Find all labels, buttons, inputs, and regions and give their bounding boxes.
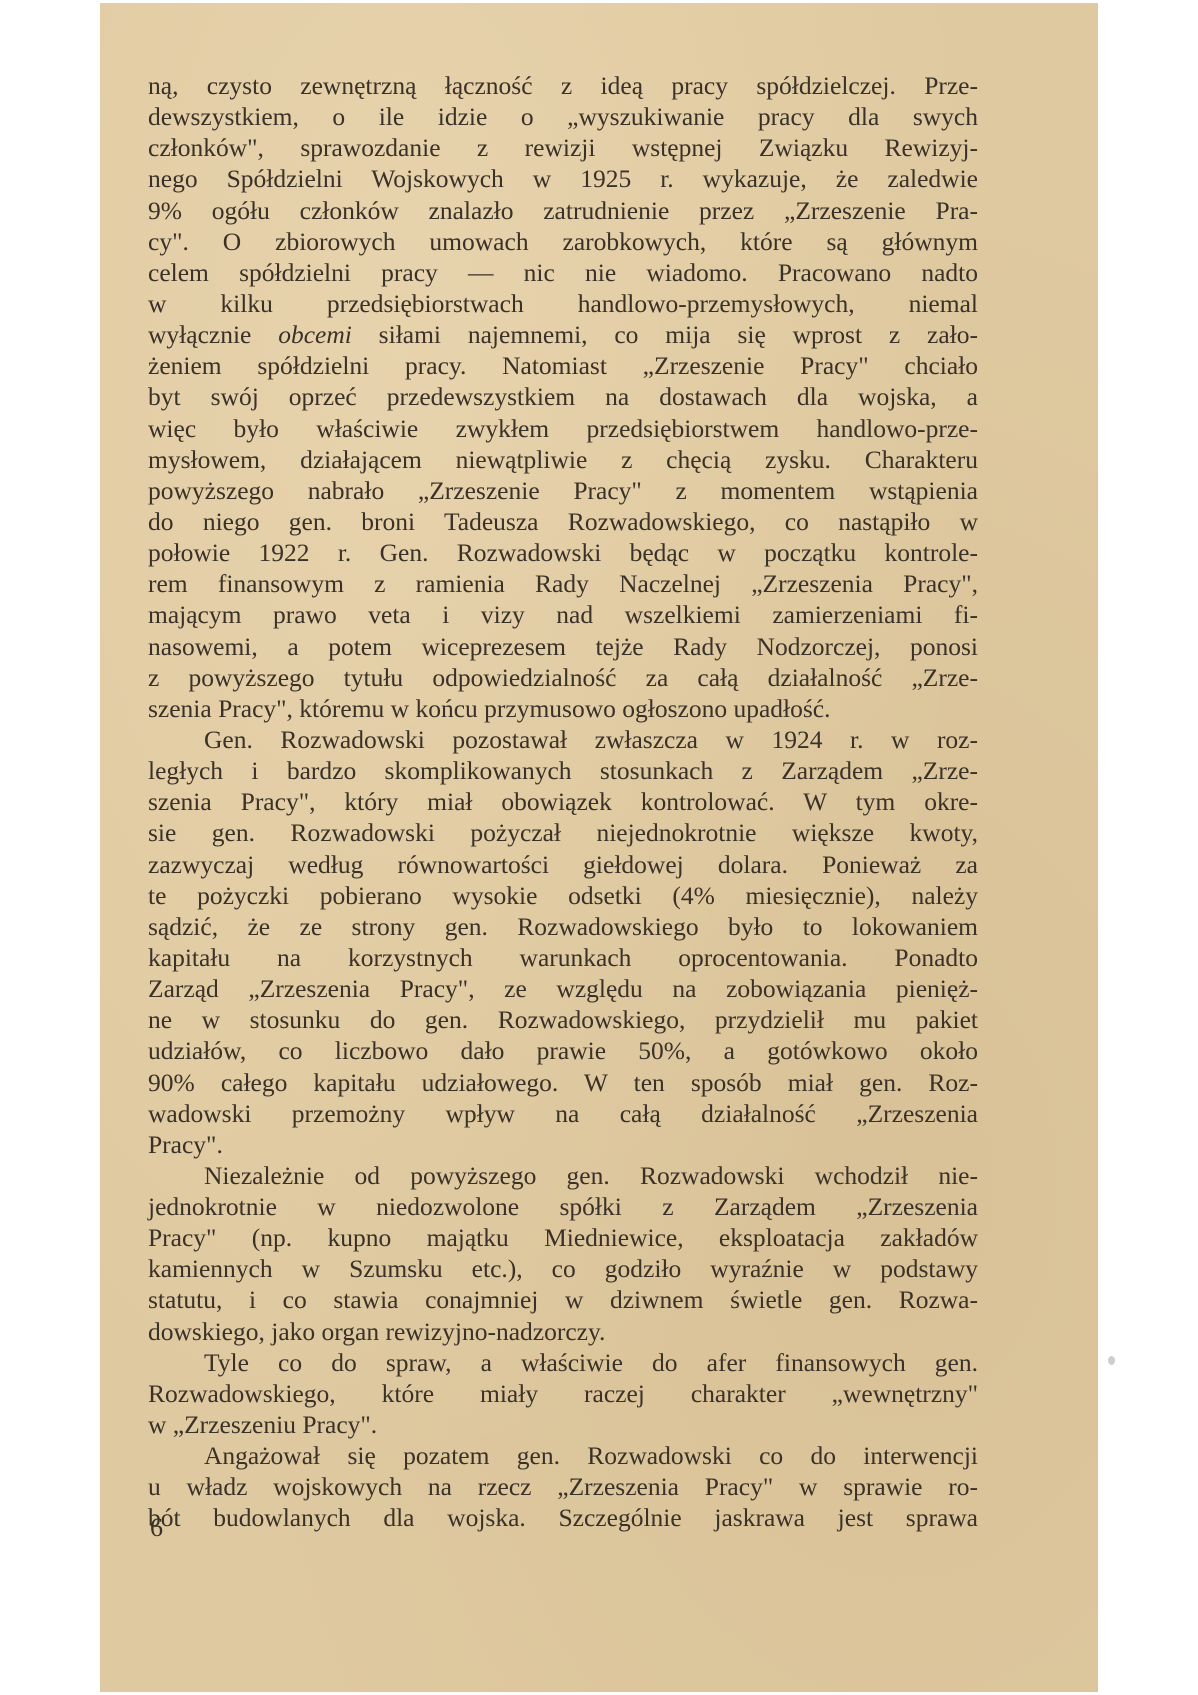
- text-line: rem finansowym z ramienia Rady Naczelnej…: [148, 568, 978, 599]
- text-line: 9% ogółu członków znalazło zatrudnienie …: [148, 195, 978, 226]
- text-line: członków", sprawozdanie z rewizji wstępn…: [148, 132, 978, 163]
- text-line: Rozwadowskiego, które miały raczej chara…: [148, 1378, 978, 1409]
- text-line: 90% całego kapitału udziałowego. W ten s…: [148, 1067, 978, 1098]
- text-line: kamiennych w Szumsku etc.), co godziło w…: [148, 1253, 978, 1284]
- text-line: zazwyczaj według równowartości giełdowej…: [148, 849, 978, 880]
- text-line: kapitału na korzystnych warunkach oproce…: [148, 942, 978, 973]
- text-line: bót budowlanych dla wojska. Szczególnie …: [148, 1502, 978, 1533]
- text-line: te pożyczki pobierano wysokie odsetki (4…: [148, 880, 978, 911]
- text-line: wadowski przemożny wpływ na całą działal…: [148, 1098, 978, 1129]
- text-line: mającym prawo veta i vizy nad wszelkiemi…: [148, 599, 978, 630]
- text-line: jednokrotnie w niedozwolone spółki z Zar…: [148, 1191, 978, 1222]
- paragraph-start-line: Gen. Rozwadowski pozostawał zwłaszcza w …: [148, 724, 978, 755]
- paper-speck: [1108, 1356, 1115, 1365]
- text-line: u władz wojskowych na rzecz „Zrzeszenia …: [148, 1471, 978, 1502]
- text-line: sądzić, że ze strony gen. Rozwadowskiego…: [148, 911, 978, 942]
- text-line: wyłącznie obcemi siłami najemnemi, co mi…: [148, 319, 978, 350]
- text-line: żeniem spółdzielni pracy. Natomiast „Zrz…: [148, 350, 978, 381]
- text-line: szenia Pracy", który miał obowiązek kont…: [148, 786, 978, 817]
- text-line: ną, czysto zewnętrzną łączność z ideą pr…: [148, 70, 978, 101]
- text-line: więc było właściwie zwykłem przedsiębior…: [148, 413, 978, 444]
- italic-word: obcemi: [278, 320, 352, 349]
- text-line: cy". O zbiorowych umowach zarobkowych, k…: [148, 226, 978, 257]
- text-segment: wyłącznie: [148, 320, 278, 349]
- text-line: ległych i bardzo skomplikowanych stosunk…: [148, 755, 978, 786]
- text-line: połowie 1922 r. Gen. Rozwadowski będąc w…: [148, 537, 978, 568]
- text-line: Zarząd „Zrzeszenia Pracy", ze względu na…: [148, 973, 978, 1004]
- text-line: nego Spółdzielni Wojskowych w 1925 r. wy…: [148, 163, 978, 194]
- text-line: Pracy" (np. kupno majątku Miedniewice, e…: [148, 1222, 978, 1253]
- text-line: statutu, i co stawia conajmniej w dziwne…: [148, 1284, 978, 1315]
- text-line: dewszystkiem, o ile idzie o „wyszukiwani…: [148, 101, 978, 132]
- text-line: ne w stosunku do gen. Rozwadowskiego, pr…: [148, 1004, 978, 1035]
- paragraph-start-line: Niezależnie od powyższego gen. Rozwadows…: [148, 1160, 978, 1191]
- text-line: udziałów, co liczbowo dało prawie 50%, a…: [148, 1035, 978, 1066]
- text-line: szenia Pracy", któremu w końcu przymusow…: [148, 693, 978, 724]
- text-line: w kilku przedsiębiorstwach handlowo-prze…: [148, 288, 978, 319]
- text-line: Pracy".: [148, 1129, 978, 1160]
- book-page: ną, czysto zewnętrzną łączność z ideą pr…: [100, 3, 1098, 1692]
- text-line: mysłowem, działającem niewątpliwie z chę…: [148, 444, 978, 475]
- text-line: do niego gen. broni Tadeusza Rozwadowski…: [148, 506, 978, 537]
- text-segment: siłami najemnemi, co mija się wprost z z…: [352, 320, 978, 349]
- text-line: nasowemi, a potem wiceprezesem tejże Rad…: [148, 631, 978, 662]
- text-line: z powyższego tytułu odpowiedzialność za …: [148, 662, 978, 693]
- text-line: powyższego nabrało „Zrzeszenie Pracy" z …: [148, 475, 978, 506]
- paragraph-start-line: Angażował się pozatem gen. Rozwadowski c…: [148, 1440, 978, 1471]
- text-line: celem spółdzielni pracy — nic nie wiadom…: [148, 257, 978, 288]
- text-line: byt swój oprzeć przedewszystkiem na dost…: [148, 381, 978, 412]
- page-number: 6: [150, 1513, 163, 1543]
- paragraph-start-line: Tyle co do spraw, a właściwie do afer fi…: [148, 1347, 978, 1378]
- text-line: sie gen. Rozwadowski pożyczał niejednokr…: [148, 817, 978, 848]
- text-line: dowskiego, jako organ rewizyjno-nadzorcz…: [148, 1316, 978, 1347]
- text-line: w „Zrzeszeniu Pracy".: [148, 1409, 978, 1440]
- page-body-text: ną, czysto zewnętrzną łączność z ideą pr…: [148, 70, 978, 1534]
